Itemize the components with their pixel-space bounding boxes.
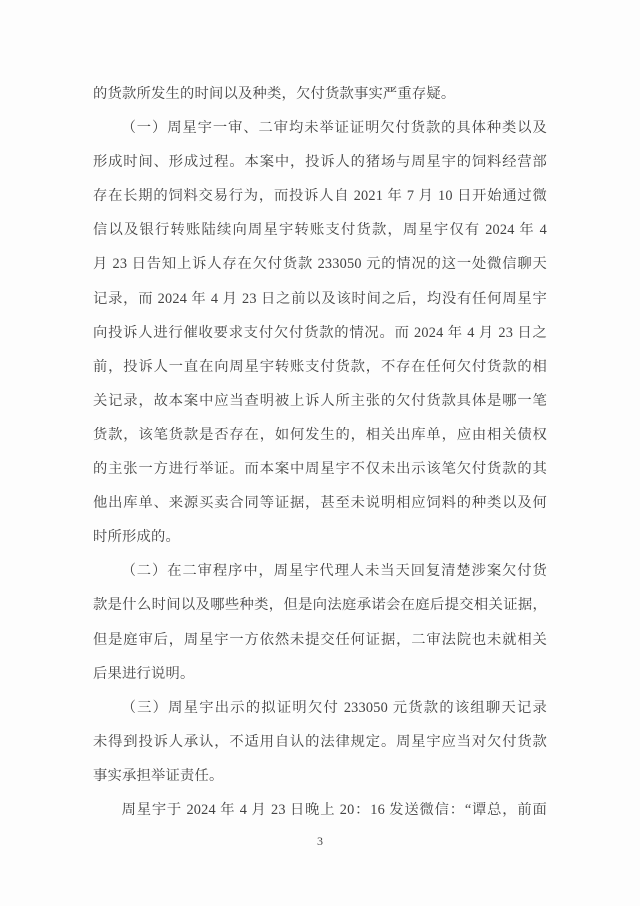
text-line: 前，投诉人一直在向周星宇转账支付货款，不存在任何欠付货款的相 — [93, 350, 547, 384]
text-block: 的货款所发生的时间以及种类，欠付货款事实严重存疑。（一）周星宇一审、二审均未举证… — [93, 77, 547, 827]
page-number: 3 — [0, 833, 640, 849]
text-line: （二）在二审程序中，周星宇代理人未当天回复清楚涉案欠付货 — [93, 554, 547, 588]
text-line: 他出库单、来源买卖合同等证据，甚至未说明相应饲料的种类以及何 — [93, 486, 547, 520]
text-line: 的主张一方进行举证。而本案中周星宇不仅未出示该笔欠付货款的其 — [93, 452, 547, 486]
text-line: 信以及银行转账陆续向周星宇转账支付货款，周星宇仅有 2024 年 4 — [93, 213, 547, 247]
text-line: 形成时间、形成过程。本案中，投诉人的猪场与周星宇的饲料经营部 — [93, 145, 547, 179]
text-line: 周星宇于 2024 年 4 月 23 日晚上 20：16 发送微信：“谭总，前面 — [93, 793, 547, 827]
text-line: 的货款所发生的时间以及种类，欠付货款事实严重存疑。 — [93, 77, 547, 111]
text-line: 后果进行说明。 — [93, 657, 547, 691]
text-line: 关记录，故本案中应当查明被上诉人所主张的欠付货款具体是哪一笔 — [93, 384, 547, 418]
text-line: 向投诉人进行催收要求支付欠付货款的情况。而 2024 年 4 月 23 日之 — [93, 316, 547, 350]
document-page: 的货款所发生的时间以及种类，欠付货款事实严重存疑。（一）周星宇一审、二审均未举证… — [0, 0, 640, 906]
text-line: 时所形成的。 — [93, 520, 547, 554]
text-line: 记录，而 2024 年 4 月 23 日之前以及该时间之后，均没有任何周星宇 — [93, 282, 547, 316]
text-line: 但是庭审后，周星宇一方依然未提交任何证据，二审法院也未就相关 — [93, 623, 547, 657]
text-line: 未得到投诉人承认，不适用自认的法律规定。周星宇应当对欠付货款 — [93, 725, 547, 759]
text-line: 事实承担举证责任。 — [93, 759, 547, 793]
text-line: （一）周星宇一审、二审均未举证证明欠付货款的具体种类以及 — [93, 111, 547, 145]
text-line: 货款，该笔货款是否存在，如何发生的，相关出库单，应由相关债权 — [93, 418, 547, 452]
text-line: 存在长期的饲料交易行为，而投诉人自 2021 年 7 月 10 日开始通过微 — [93, 179, 547, 213]
text-line: 款是什么时间以及哪些种类，但是向法庭承诺会在庭后提交相关证据， — [93, 588, 547, 622]
text-line: （三）周星宇出示的拟证明欠付 233050 元货款的该组聊天记录 — [93, 691, 547, 725]
text-line: 月 23 日告知上诉人存在欠付货款 233050 元的情况的这一处微信聊天 — [93, 247, 547, 281]
